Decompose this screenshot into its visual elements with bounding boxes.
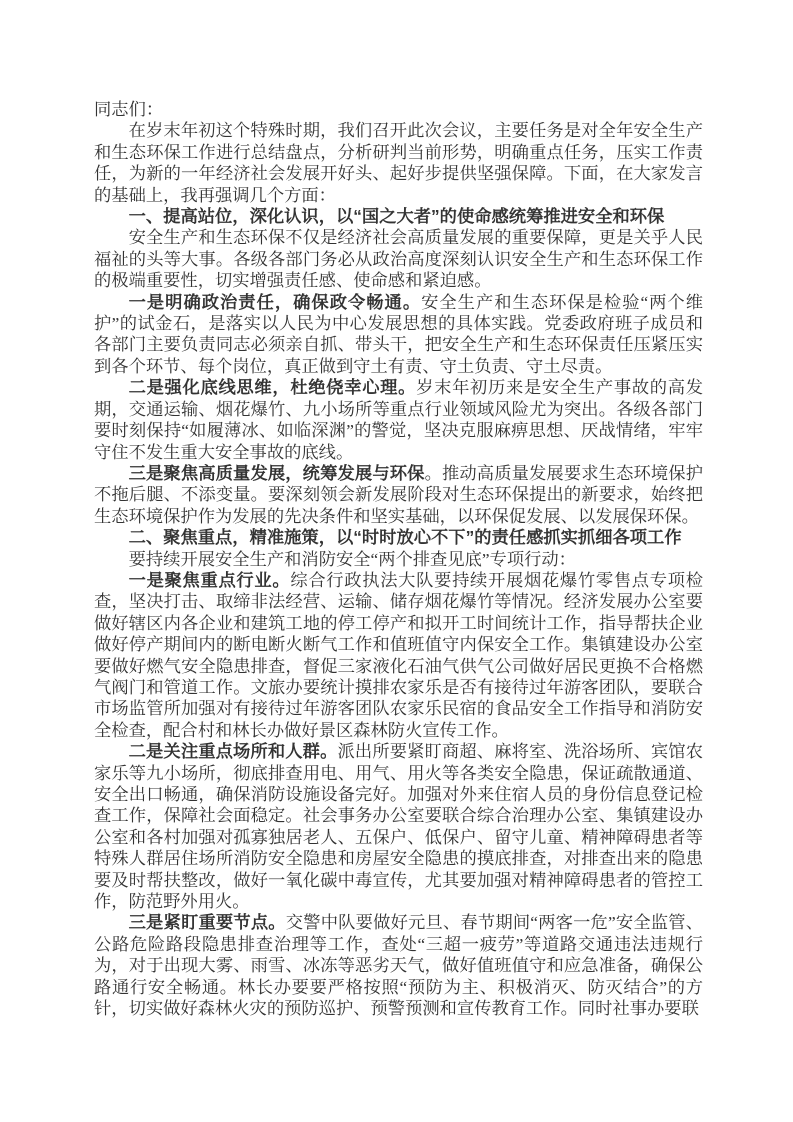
text-run: 同志们： <box>94 100 163 119</box>
body-paragraph: 一是聚焦重点行业。综合行政执法大队要持续开展烟花爆竹零售点专项检查，坚决打击、取… <box>94 570 703 741</box>
text-run: 派出所要紧盯商超、麻将室、洗浴场所、宾馆农家乐等九小场所，彻底排查用电、用气、用… <box>94 742 703 911</box>
heading-paragraph: 二、聚焦重点，精准施策，以“时时放心不下”的责任感抓实抓细各项工作 <box>94 527 703 548</box>
bold-text-run: 一是聚焦重点行业。 <box>129 570 291 590</box>
bold-text-run: 二是关注重点场所和人群。 <box>129 741 338 761</box>
text-run: 综合行政执法大队要持续开展烟花爆竹零售点专项检查，坚决打击、取缔非法经营、运输、… <box>94 571 703 740</box>
bold-text-run: 二、聚焦重点，精准施策，以“时时放心不下”的责任感抓实抓细各项工作 <box>129 527 682 547</box>
body-paragraph: 三是紧盯重要节点。交警中队要做好元旦、春节期间“两客一危”安全监管、公路危险路段… <box>94 912 703 1019</box>
bold-text-run: 三是聚焦高质量发展，统筹发展与环保 <box>129 463 425 483</box>
body-paragraph: 安全生产和生态环保不仅是经济社会高质量发展的重要保障，更是关乎人民福祉的头等大事… <box>94 227 703 291</box>
body-paragraph: 一是明确政治责任，确保政令畅通。安全生产和生态环保是检验“两个维护”的试金石，是… <box>94 292 703 378</box>
heading-paragraph: 一、提高站位，深化认识，以“国之大者”的使命感统筹推进安全和环保 <box>94 206 703 227</box>
bold-text-run: 一、提高站位，深化认识，以“国之大者”的使命感统筹推进安全和环保 <box>129 206 665 226</box>
document-body: 同志们：在岁末年初这个特殊时期，我们召开此次会议，主要任务是对全年安全生产和生态… <box>94 99 703 1019</box>
bold-text-run: 二是强化底线思维，杜绝侥幸心理。 <box>129 377 417 397</box>
bold-text-run: 一是明确政治责任，确保政令畅通。 <box>129 292 422 312</box>
body-paragraph: 要持续开展安全生产和消防安全“两个排查见底”专项行动： <box>94 549 703 570</box>
text-run: 安全生产和生态环保不仅是经济社会高质量发展的重要保障，更是关乎人民福祉的头等大事… <box>94 228 703 290</box>
body-paragraph: 在岁末年初这个特殊时期，我们召开此次会议，主要任务是对全年安全生产和生态环保工作… <box>94 120 703 206</box>
body-paragraph: 二是强化底线思维，杜绝侥幸心理。岁末年初历来是安全生产事故的高发期，交通运输、烟… <box>94 377 703 463</box>
text-run: 要持续开展安全生产和消防安全“两个排查见底”专项行动： <box>129 550 576 569</box>
text-run: 在岁末年初这个特殊时期，我们召开此次会议，主要任务是对全年安全生产和生态环保工作… <box>94 121 703 204</box>
body-paragraph: 二是关注重点场所和人群。派出所要紧盯商超、麻将室、洗浴场所、宾馆农家乐等九小场所… <box>94 741 703 912</box>
bold-text-run: 三是紧盯重要节点。 <box>129 912 286 932</box>
document-page: 同志们：在岁末年初这个特殊时期，我们召开此次会议，主要任务是对全年安全生产和生态… <box>0 0 793 1122</box>
body-paragraph: 三是聚焦高质量发展，统筹发展与环保。推动高质量发展要求生态环境保护不拖后腿、不添… <box>94 463 703 527</box>
body-paragraph: 同志们： <box>94 99 703 120</box>
